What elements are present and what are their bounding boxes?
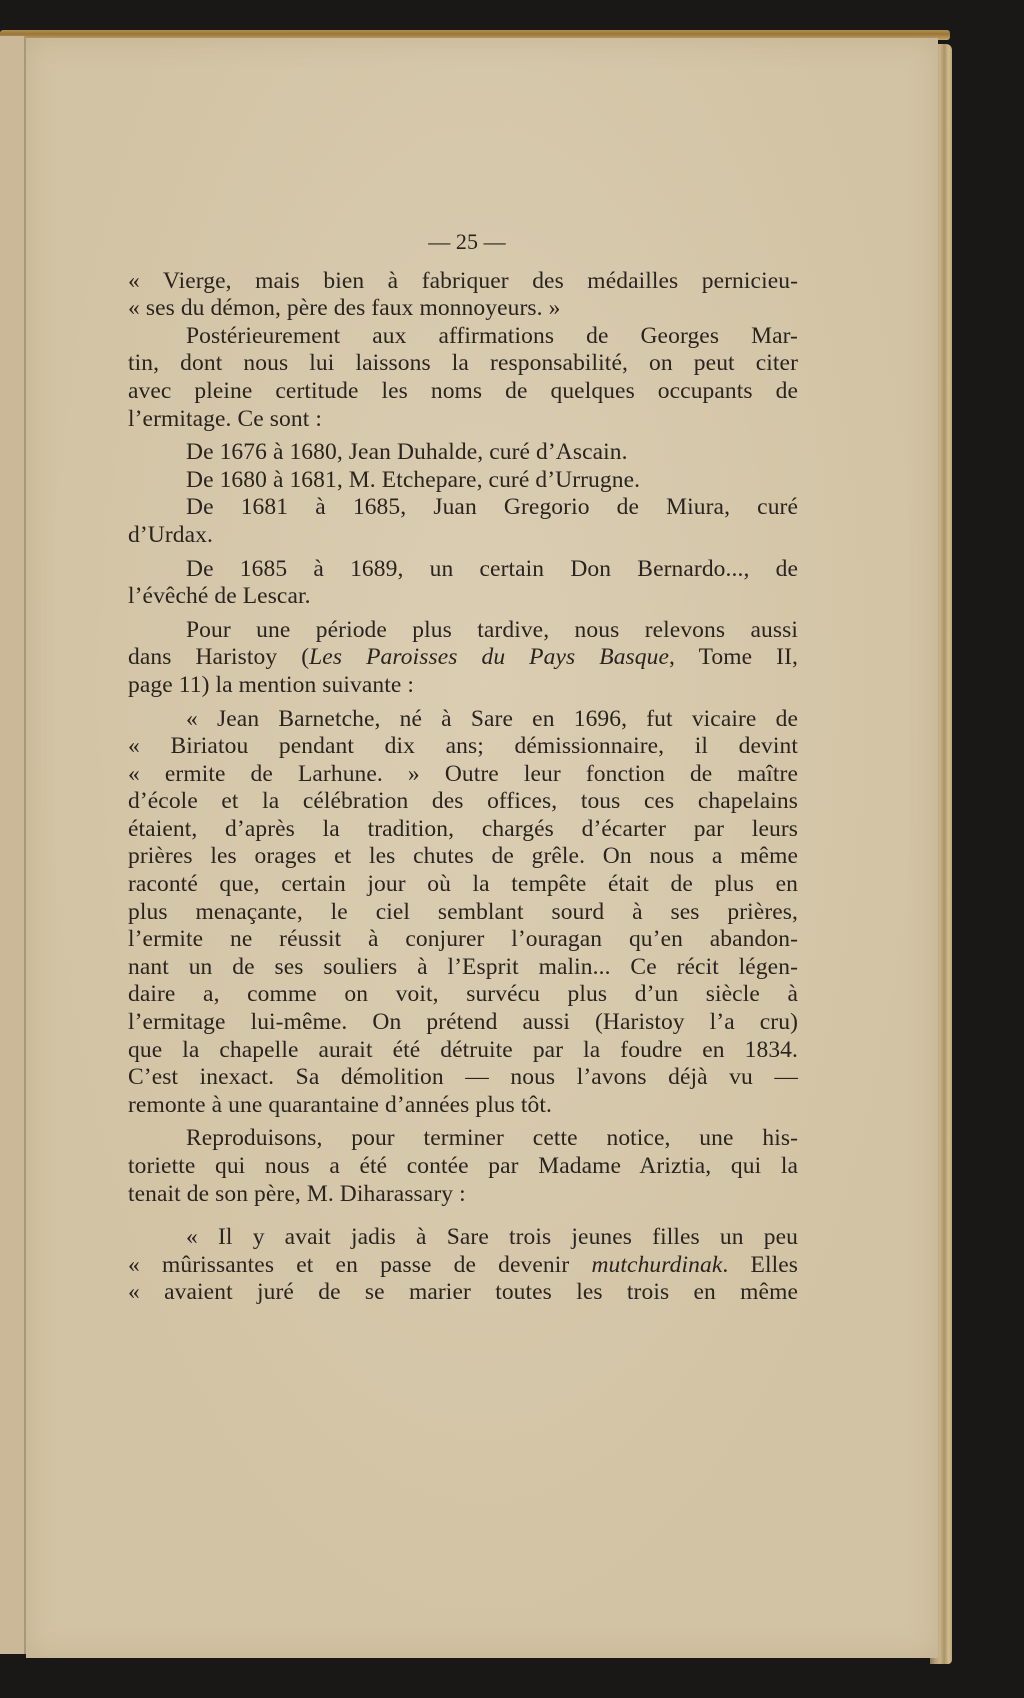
- text-line: remonte à une quarantaine d’années plus …: [128, 1092, 798, 1120]
- text-line: étaient, d’après la tradition, chargés d…: [128, 816, 798, 844]
- text-line: Reproduisons, pour terminer cette notice…: [128, 1125, 798, 1153]
- text-line: « Biriatou pendant dix ans; démissionnai…: [128, 733, 798, 761]
- basque-term: mutchurdinak: [591, 1252, 722, 1278]
- text-line: daire a, comme on voit, survécu plus d’u…: [128, 981, 798, 1009]
- text-line: « avaient juré de se marier toutes les t…: [128, 1279, 798, 1307]
- text-line: « mûrissantes et en passe de devenir mut…: [128, 1252, 798, 1280]
- text-line: toriette qui nous a été contée par Madam…: [128, 1153, 798, 1181]
- text-line: page 11) la mention suivante :: [128, 672, 798, 700]
- page-number: — 25 —: [128, 228, 798, 256]
- text-line: Postérieurement aux affirmations de Geor…: [128, 323, 798, 351]
- text-fragment: , Tome II,: [669, 644, 798, 670]
- occupant-entry: De 1680 à 1681, M. Etchepare, curé d’Urr…: [128, 467, 798, 495]
- text-fragment: « mûrissantes et en passe de devenir: [128, 1252, 591, 1278]
- text-line: l’ermitage. Ce sont :: [128, 406, 798, 434]
- quote-historiette: « Il y avait jadis à Sare trois jeunes f…: [128, 1224, 798, 1307]
- text-line: d’Urdax.: [128, 522, 798, 550]
- text-line: l’évêché de Lescar.: [128, 583, 798, 611]
- previous-page-edge: [0, 36, 26, 1654]
- text-line: Pour une période plus tardive, nous rele…: [128, 617, 798, 645]
- text-line: tenait de son père, M. Diharassary :: [128, 1181, 798, 1209]
- text-line: d’école et la célébration des offices, t…: [128, 788, 798, 816]
- text-line: avec pleine certitude les noms de quelqu…: [128, 378, 798, 406]
- text-line: C’est inexact. Sa démolition — nous l’av…: [128, 1064, 798, 1092]
- text-line: l’ermite ne réussit à conjurer l’ouragan…: [128, 926, 798, 954]
- text-line: plus menaçante, le ciel semblant sourd à…: [128, 899, 798, 927]
- text-fragment: dans Haristoy (: [128, 644, 309, 670]
- text-line: l’ermitage lui-même. On prétend aussi (H…: [128, 1009, 798, 1037]
- book-title: Les Paroisses du Pays Basque: [309, 644, 669, 670]
- occupant-entry: De 1676 à 1680, Jean Duhalde, curé d’Asc…: [128, 439, 798, 467]
- text-line: tin, dont nous lui laissons la responsab…: [128, 350, 798, 378]
- occupant-list: De 1676 à 1680, Jean Duhalde, curé d’Asc…: [128, 439, 798, 611]
- page-text: — 25 — « Vierge, mais bien à fabriquer d…: [128, 228, 798, 1307]
- text-line: nant un de ses souliers à l’Esprit malin…: [128, 954, 798, 982]
- scan-scene: — 25 — « Vierge, mais bien à fabriquer d…: [0, 0, 1024, 1698]
- text-line: « Il y avait jadis à Sare trois jeunes f…: [128, 1224, 798, 1252]
- text-line: que la chapelle aurait été détruite par …: [128, 1037, 798, 1065]
- paragraph-historiette-intro: Reproduisons, pour terminer cette notice…: [128, 1125, 798, 1208]
- text-line: « ses du démon, père des faux monnoyeurs…: [128, 295, 798, 323]
- text-fragment: . Elles: [722, 1252, 798, 1278]
- text-line: raconté que, certain jour où la tempête …: [128, 871, 798, 899]
- occupant-entry: De 1685 à 1689, un certain Don Bernardo.…: [128, 556, 798, 584]
- occupant-entry: De 1681 à 1685, Juan Gregorio de Miura, …: [128, 494, 798, 522]
- text-line: dans Haristoy (Les Paroisses du Pays Bas…: [128, 644, 798, 672]
- text-line: « ermite de Larhune. » Outre leur foncti…: [128, 761, 798, 789]
- quote-continuation: « Vierge, mais bien à fabriquer des méda…: [128, 268, 798, 323]
- text-line: prières les orages et les chutes de grêl…: [128, 843, 798, 871]
- text-line: « Vierge, mais bien à fabriquer des méda…: [128, 268, 798, 296]
- paragraph-barnetche: « Jean Barnetche, né à Sare en 1696, fut…: [128, 706, 798, 1120]
- paragraph-occupants: Postérieurement aux affirmations de Geor…: [128, 323, 798, 433]
- text-line: « Jean Barnetche, né à Sare en 1696, fut…: [128, 706, 798, 734]
- paragraph-haristoy: Pour une période plus tardive, nous rele…: [128, 617, 798, 700]
